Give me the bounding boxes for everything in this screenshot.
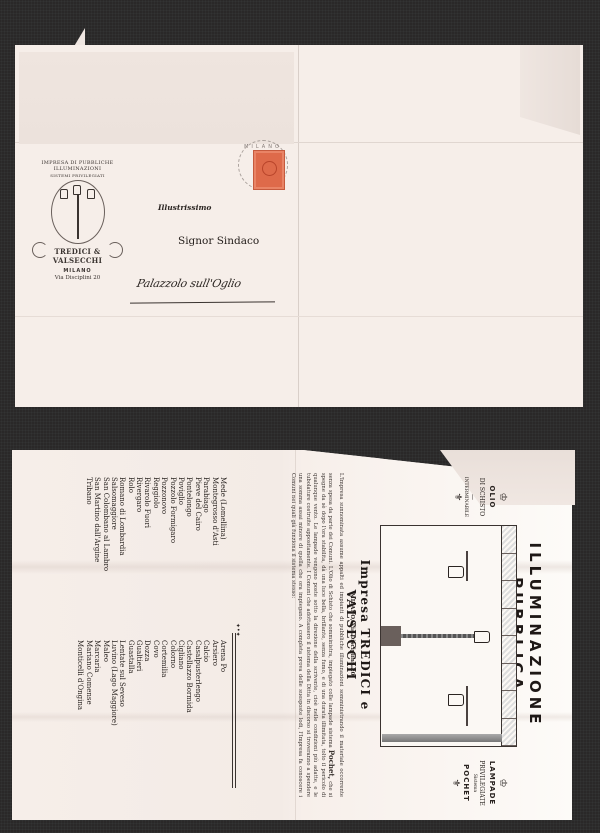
lantern-icon [474, 631, 490, 643]
town-list-right: Mede (Lomellina)Montegrosso d'AstiParabi… [84, 477, 227, 571]
right-panel-line: POCHET [460, 753, 471, 813]
right-panel-line: LAMPADE [487, 753, 498, 813]
town-list-item: Arsiero [210, 640, 218, 726]
wall-bracket [466, 551, 468, 581]
lamp-post-icon [77, 189, 79, 239]
fold-crease [298, 45, 299, 407]
town-list-item: Pozzolo Formigaro [168, 477, 176, 571]
ornament-scroll-icon [32, 242, 48, 258]
right-panel: ♔ LAMPADE PRIVILEGIATE Sistema POCHET ⚜ [450, 753, 507, 813]
town-list-item: Rolo [126, 477, 134, 571]
town-list-item: Pontelongo [185, 477, 193, 571]
right-panel-line: Sistema [471, 753, 478, 813]
town-list-item: Reggiolo [151, 477, 159, 571]
town-list-item: Tribano [84, 477, 92, 571]
town-list-item: San Colombano al Lambro [101, 477, 109, 571]
crest-icon: ♔ [497, 467, 507, 527]
letterhead-arc-text: IMPRESA DI PUBBLICHE ILLUMINAZIONI [30, 160, 125, 172]
fold-crease [15, 316, 583, 317]
lantern-icon [87, 189, 95, 199]
town-list-item: Dozza [143, 640, 151, 726]
town-list-item: Pozzonovo [160, 477, 168, 571]
town-list-item: Marcaria [93, 640, 101, 726]
ornament-scroll-icon [107, 242, 123, 258]
divider-line [232, 633, 236, 788]
circular-content: ILLUMINAZIONE PUBBLICA ♔ OLIO DI SCHISTO… [12, 450, 572, 820]
crest-icon: ⚜ [450, 753, 460, 813]
crest-icon: ♔ [497, 753, 507, 813]
town-list-item: Rivarolo Fuori [143, 477, 151, 571]
town-list-item: Mede (Lomellina) [219, 477, 227, 571]
town-list-left: Arena PoArsieroCalcioCasalpusterlengoCas… [76, 640, 227, 726]
stamp-medallion-icon [262, 161, 277, 176]
salutation: Illustrissimo [158, 203, 211, 212]
wall-column [382, 734, 502, 742]
handwritten-destination: Palazzolo sull'Oglio [136, 277, 243, 290]
circular-body: L'Impresa sunnominata assume appalti ed … [288, 473, 344, 797]
lantern-icon [448, 694, 464, 706]
left-panel: ♔ OLIO DI SCHISTO — INTERMINABILE ⚜ [452, 467, 507, 527]
letterhead-subtitle: SISTEMI PRIVILEGIATI [30, 173, 125, 178]
body-paragraph: L'Olio di Schisto che somministra, impie… [327, 566, 333, 748]
left-panel-line: — [469, 467, 478, 527]
left-panel-line: DI SCHISTO [478, 467, 487, 527]
wall-bracket [466, 686, 468, 726]
town-list-item: Guastalla [126, 640, 134, 726]
town-list-item: Pieve del Cairo [193, 477, 201, 571]
town-list-item: San Martino dall'Argine [93, 477, 101, 571]
town-list-item: Gualtieri [135, 640, 143, 726]
lamp-base [381, 626, 401, 646]
street-lamp-illustration [380, 525, 517, 747]
roofline [501, 526, 516, 746]
folded-flap-top [19, 52, 294, 144]
left-panel-line: OLIO [487, 467, 498, 527]
town-list-item: Romano di Lombardia [118, 477, 126, 571]
lantern-icon [73, 185, 81, 195]
town-list-item: Covo [151, 640, 159, 726]
town-list-item: Luvino (Lago Maggiore) [110, 640, 118, 726]
town-list-item: Lentate sul Seveso [118, 640, 126, 726]
town-list-item: Poviglio [177, 477, 185, 571]
right-panel-line: PRIVILEGIATE [478, 753, 487, 813]
town-list-item: Maleo [101, 640, 109, 726]
body-emphasis: Pochet, [327, 750, 336, 779]
section-divider: ✦•✦ [232, 473, 240, 797]
town-list-item: Salsomaggiore [110, 477, 118, 571]
town-list-item: Cigliano [177, 640, 185, 726]
town-list-item: Monticelli d'Ongina [76, 640, 84, 726]
lantern-icon [448, 566, 464, 578]
crest-icon: ⚜ [452, 467, 462, 527]
town-list-item: Arena Po [219, 640, 227, 726]
recipient: Signor Sindaco [178, 235, 259, 247]
lantern-icon [60, 189, 68, 199]
letterhead-city: MILANO [30, 268, 125, 274]
town-list-item: Colorno [168, 640, 176, 726]
letterhead-emblem: IMPRESA DI PUBBLICHE ILLUMINAZIONI SISTE… [30, 160, 125, 295]
town-list-item: Parabiago [202, 477, 210, 571]
town-list-item: Mariano Comense [84, 640, 92, 726]
postage-stamp [253, 150, 285, 190]
left-panel-line: INTERMINABILE [462, 467, 469, 527]
letterhead-address: Via Disciplini 20 [30, 275, 125, 281]
town-list-item: Rivergaro [135, 477, 143, 571]
town-list-item: Cortemilia [160, 640, 168, 726]
street-lamp-illustration [51, 180, 105, 244]
town-list-item: Castellazzo Bormida [185, 640, 193, 726]
town-list-item: Calcio [202, 640, 210, 726]
circular-rotated-page: ILLUMINAZIONE PUBBLICA ♔ OLIO DI SCHISTO… [22, 465, 562, 805]
town-list-item: Montegrosso d'Asti [210, 477, 218, 571]
town-list-item: Casalpusterlengo [193, 640, 201, 726]
company-address: MILANO, Via Disciplini, 20. [349, 525, 355, 745]
